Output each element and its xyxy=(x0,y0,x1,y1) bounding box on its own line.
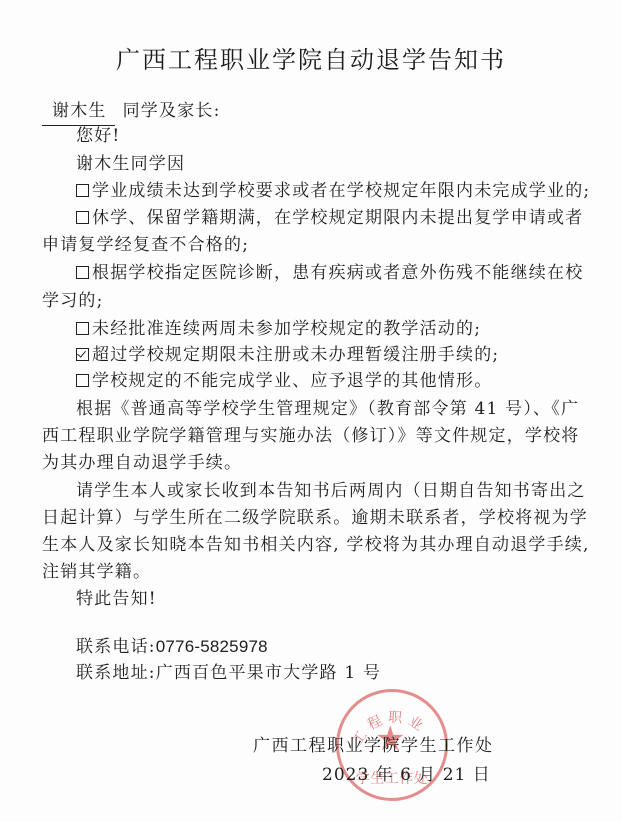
reason-2-text: 休学、保留学籍期满，在学校规定期限内未提出复学申请或者 xyxy=(92,208,583,228)
reason-6-text: 学校规定的不能完成学业、应予退学的其他情形。 xyxy=(92,371,492,391)
reason-5-text: 超过学校规定期限未注册或未办理暂缓注册手续的; xyxy=(92,345,499,365)
issuer-signature: 广西工程职业学院学生工作处 xyxy=(253,731,494,756)
reason-2-checkbox xyxy=(76,211,89,224)
contact-paragraph-line-2: 日起计算）与学生所在二级学院联系。逾期未联系者，学校将视为学 xyxy=(42,505,588,532)
basis-paragraph-line-2: 西工程职业学院学籍管理与实施办法（修订）》等文件规定，学校将 xyxy=(42,423,580,450)
reason-4-checkbox xyxy=(76,322,89,335)
phone-label: 联系电话: xyxy=(76,637,156,657)
basis-paragraph-line-1: 根据《普通高等学校学生管理规定》（教育部令第 41 号）、《广 xyxy=(76,396,579,423)
reason-2-continuation: 申请复学经复查不合格的; xyxy=(42,232,249,259)
student-name: 谢木生 xyxy=(42,98,115,126)
reason-5-checkbox-checked xyxy=(76,348,89,361)
reason-6-checkbox xyxy=(76,374,89,387)
notice-document: 广西工程职业学院自动退学告知书 谢木生同学及家长: 您好! 谢木生同学因 学业成… xyxy=(0,0,622,822)
contact-address: 联系地址:广西百色平果市大学路 1 号 xyxy=(76,660,381,687)
document-title: 广西工程职业学院自动退学告知书 xyxy=(0,40,622,75)
reason-item-2: 休学、保留学籍期满，在学校规定期限内未提出复学申请或者 xyxy=(76,205,583,232)
basis-paragraph-line-3: 为其办理自动退学手续。 xyxy=(42,450,242,477)
contact-paragraph-line-1: 请学生本人或家长收到本告知书后两周内（日期自告知书寄出之 xyxy=(76,478,586,505)
addressee-suffix: 同学及家长: xyxy=(123,101,221,121)
reason-item-6: 学校规定的不能完成学业、应予退学的其他情形。 xyxy=(76,368,492,395)
reason-3-text: 根据学校指定医院诊断，患有疾病或者意外伤残不能继续在校 xyxy=(92,263,583,283)
reason-intro: 谢木生同学因 xyxy=(76,151,185,178)
contact-paragraph-line-3: 生本人及家长知晓本告知书相关内容, 学校将为其办理自动退学手续, xyxy=(42,532,590,559)
reason-item-1: 学业成绩未达到学校要求或者在学校规定年限内未完成学业的; xyxy=(76,178,590,205)
contact-phone: 联系电话:0776-5825978 xyxy=(76,633,268,661)
reason-4-text: 未经批准连续两周未参加学校规定的教学活动的; xyxy=(92,319,481,339)
reason-item-5: 超过学校规定期限未注册或未办理暂缓注册手续的; xyxy=(76,342,499,369)
address-value: 广西百色平果市大学路 1 号 xyxy=(156,663,381,683)
reason-item-4: 未经批准连续两周未参加学校规定的教学活动的; xyxy=(76,316,481,343)
reason-3-checkbox xyxy=(76,266,89,279)
closing-line: 特此告知! xyxy=(76,586,157,613)
contact-paragraph-line-4: 注销其学籍。 xyxy=(42,559,151,586)
reason-1-text: 学业成绩未达到学校要求或者在学校规定年限内未完成学业的; xyxy=(92,181,590,201)
salutation: 谢木生同学及家长: xyxy=(42,98,221,126)
reason-item-3: 根据学校指定医院诊断，患有疾病或者意外伤残不能继续在校 xyxy=(76,260,583,287)
issue-date: 2023 年 6 月 21 日 xyxy=(322,760,491,785)
reason-3-continuation: 学习的; xyxy=(42,288,104,315)
reason-1-checkbox xyxy=(76,184,89,197)
address-label: 联系地址: xyxy=(76,663,156,683)
greeting: 您好! xyxy=(76,123,120,150)
phone-value: 0776-5825978 xyxy=(156,637,268,656)
